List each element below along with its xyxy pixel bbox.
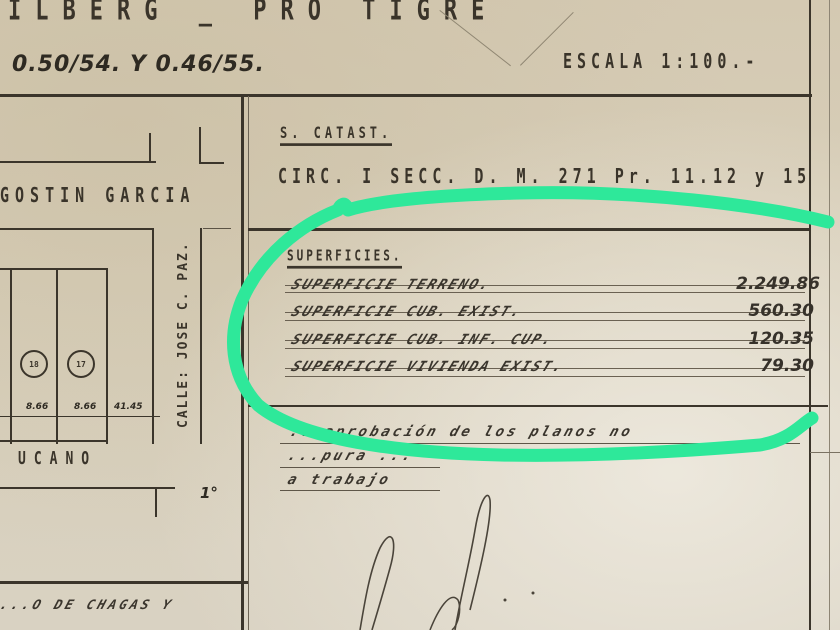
dimension-label: 41.45: [114, 402, 142, 412]
lots-bottom: [0, 440, 108, 442]
table-rule: [285, 320, 805, 321]
plan-tick: [149, 133, 151, 163]
notes-underline: [280, 443, 800, 444]
superficies-row-label: SUPERFICIE CUB. EXIST.: [289, 304, 525, 320]
scale-label: ESCALA 1:100.-: [563, 49, 759, 73]
block-outline-right: [152, 228, 154, 444]
street-band-right: [203, 228, 231, 229]
lots-top: [0, 268, 108, 270]
notes-line-1: ...aprobación de los planos no: [287, 424, 635, 440]
block-outline-top: [0, 228, 154, 230]
document-title-fragment: ILBERG _ PRO TIGRE: [8, 0, 498, 28]
plan-tick: [155, 487, 157, 517]
street-name-top: GOSTIN GARCIA: [0, 183, 195, 207]
superficies-row-label: SUPERFICIE TERRENO.: [289, 277, 494, 293]
lot-divider: [56, 268, 58, 444]
street-band-left: [200, 228, 202, 444]
street-name-side: CALLE: JOSE C. PAZ.: [176, 241, 191, 428]
superficies-row-value: 2.249.86: [736, 274, 820, 294]
lot-divider: [10, 268, 12, 444]
notes-underline: [280, 490, 440, 491]
catastro-designation: CIRC. I SECC. D. M. 271 Pr. 11.12 y 15: [278, 164, 811, 188]
superficies-bottom-border: [248, 405, 828, 407]
plan-tick: [199, 127, 201, 163]
dimension-label: 8.66: [26, 402, 48, 412]
plan-line-bottom: [0, 487, 175, 489]
plan-line: [0, 161, 156, 163]
left-panel-divider-inner: [248, 96, 249, 630]
superficies-row-value: 120.35: [748, 329, 814, 349]
left-footer-text: ...O DE CHAGAS Y: [0, 598, 176, 613]
superficies-row-label: SUPERFICIE VIVIENDA EXIST.: [289, 359, 567, 375]
catastro-bottom-border: [248, 228, 810, 231]
left-footer-border: [0, 581, 248, 584]
street-name-bottom: UCANO: [18, 449, 97, 469]
notes-line-2: ...pura ...: [285, 448, 416, 464]
notes-rule: [810, 452, 840, 453]
notes-line-3: a trabajo: [285, 472, 393, 488]
lot-number-18: 18: [20, 350, 48, 378]
superficies-row-value: 79.30: [760, 356, 814, 376]
right-outer-edge: [829, 0, 830, 630]
header-border: [0, 94, 812, 97]
left-panel-divider: [241, 96, 244, 630]
notes-underline: [280, 467, 440, 468]
plan-tick: [199, 162, 224, 164]
parcel-reference: 0.50/54. Y 0.46/55.: [12, 52, 265, 77]
superficies-heading: SUPERFICIES.: [287, 247, 402, 269]
dimension-label: 8.66: [74, 402, 96, 412]
corner-mark: 1°: [200, 484, 218, 502]
lot-number-17: 17: [67, 350, 95, 378]
lot-divider: [106, 268, 108, 444]
table-rule: [285, 348, 805, 349]
superficies-row-label: SUPERFICIE CUB. INF. CUP.: [289, 332, 556, 348]
catastro-heading: S. CATAST.: [280, 123, 392, 146]
dimension-line: [0, 416, 160, 417]
table-rule: [285, 376, 805, 377]
superficies-row-value: 560.30: [748, 301, 814, 321]
